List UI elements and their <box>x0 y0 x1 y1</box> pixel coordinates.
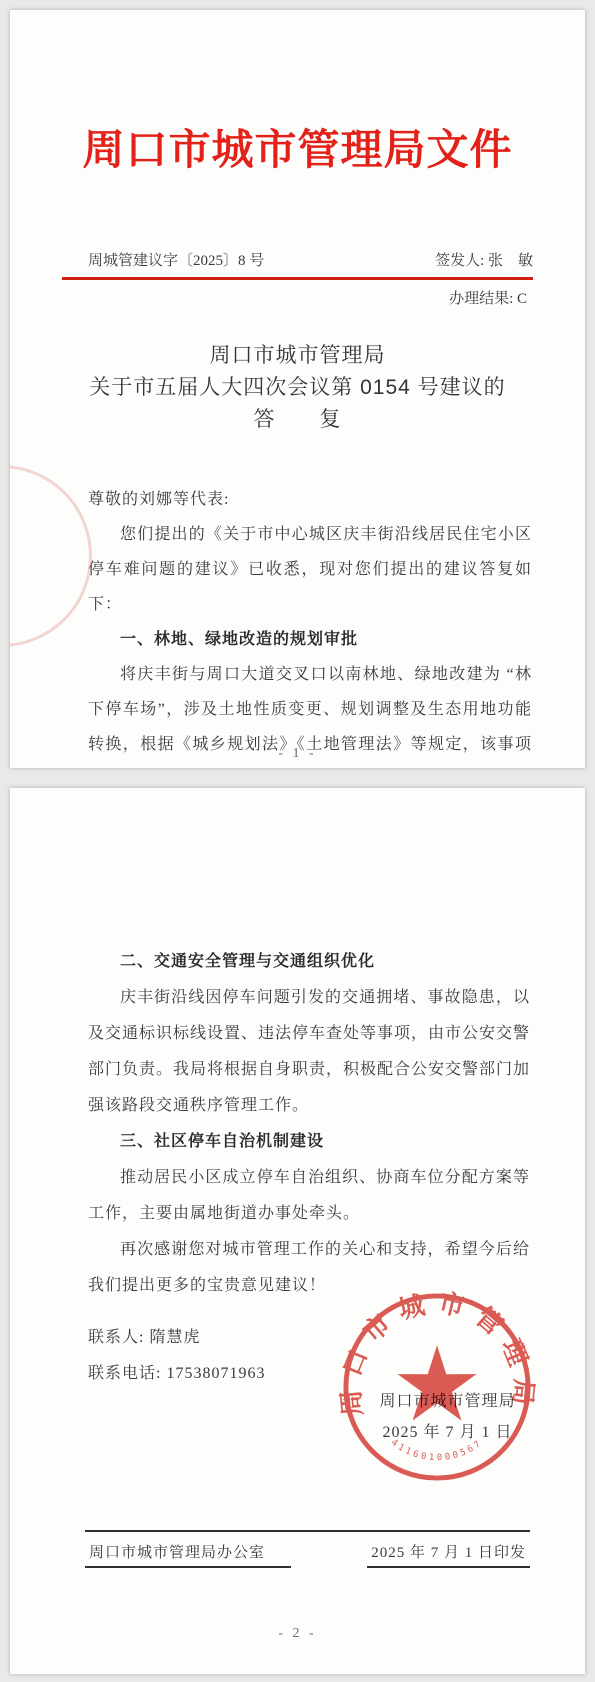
document-page-2: 二、交通安全管理与交通组织优化 庆丰街沿线因停车问题引发的交通拥堵、事故隐患，以… <box>10 788 585 1674</box>
document-number: 周城管建议字〔2025〕8 号 <box>88 250 264 272</box>
section-3-paragraph: 推动居民小区成立停车自治组织、协商车位分配方案等工作，主要由属地街道办事处牵头。 <box>88 1160 530 1232</box>
page-number-2: - 2 - <box>10 1626 585 1642</box>
section-heading-3: 三、社区停车自治机制建设 <box>88 1124 530 1160</box>
page-number-1: - 1 - <box>10 746 585 762</box>
red-divider-rule <box>62 277 533 280</box>
handling-result: 办理结果: C <box>10 288 527 310</box>
colophon-footer: 周口市城市管理局办公室 2025 年 7 月 1 日印发 <box>85 1530 530 1568</box>
faint-seal-arc <box>10 465 92 647</box>
print-date: 2025 年 7 月 1 日印发 <box>367 1541 530 1568</box>
title-line-2: 关于市五届人大四次会议第 0154 号建议的 <box>10 372 585 404</box>
document-title: 周口市城市管理局 关于市五届人大四次会议第 0154 号建议的 答 复 <box>10 340 585 436</box>
document-page-1: 周口市城市管理局文件 周城管建议字〔2025〕8 号 签发人: 张 敏 办理结果… <box>10 10 585 768</box>
signer-name: 签发人: 张 敏 <box>435 250 533 272</box>
reference-row: 周城管建议字〔2025〕8 号 签发人: 张 敏 <box>88 250 533 272</box>
masthead-title: 周口市城市管理局文件 <box>10 122 585 180</box>
intro-paragraph: 您们提出的《关于市中心城区庆丰街沿线居民住宅小区停车难问题的建议》已收悉，现对您… <box>88 517 532 622</box>
section-heading-1: 一、林地、绿地改造的规划审批 <box>88 622 532 657</box>
title-line-3: 答 复 <box>10 404 585 436</box>
title-line-1: 周口市城市管理局 <box>10 340 585 372</box>
section-heading-2: 二、交通安全管理与交通组织优化 <box>88 944 530 980</box>
seal-star-icon <box>397 1345 476 1420</box>
issuing-office: 周口市城市管理局办公室 <box>85 1541 291 1568</box>
seal-code-text: 411601000567 <box>389 1438 485 1463</box>
document-body-page-1: 尊敬的刘娜等代表: 您们提出的《关于市中心城区庆丰街沿线居民住宅小区停车难问题的… <box>88 482 532 768</box>
section-2-paragraph: 庆丰街沿线因停车问题引发的交通拥堵、事故隐患，以及交通标识标线设置、违法停车查处… <box>88 980 530 1124</box>
salutation: 尊敬的刘娜等代表: <box>88 482 532 517</box>
official-seal-stamp: 周口市城市管理局 411601000567 <box>338 1288 536 1486</box>
